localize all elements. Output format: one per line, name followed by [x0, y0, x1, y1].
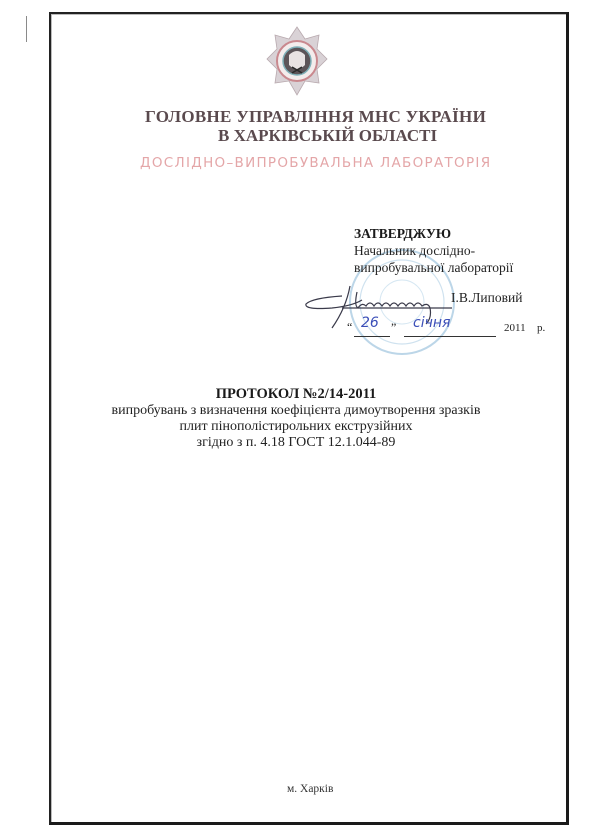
protocol-title: ПРОТОКОЛ №2/14-2011: [0, 386, 592, 403]
protocol-subtitle-line-1: випробувань з визначення коефіцієнта дим…: [0, 403, 592, 419]
scan-edge-mark: [26, 16, 27, 42]
day-underline: [354, 336, 390, 337]
approval-heading: ЗАТВЕРДЖУЮ: [354, 226, 451, 242]
approver-position-line-2: випробувальної лабораторії: [354, 260, 513, 276]
city-footer: м. Харків: [287, 783, 333, 795]
signer-name: І.В.Липовий: [451, 290, 522, 306]
organization-line-1: ГОЛОВНЕ УПРАВЛІННЯ МНС УКРАЇНИ: [145, 107, 475, 127]
approver-position-line-1: Начальник дослідно-: [354, 243, 475, 259]
protocol-subtitle-line-3: згідно з п. 4.18 ГОСТ 12.1.044-89: [0, 435, 592, 451]
month-underline: [404, 336, 496, 337]
date-day: 26: [361, 315, 379, 331]
open-quote: “: [347, 320, 352, 335]
protocol-subtitle-line-2: плит пінополістирольних екструзійних: [0, 419, 592, 435]
organization-line-2: В ХАРКІВСЬКІЙ ОБЛАСТІ: [218, 126, 437, 146]
laboratory-name: ДОСЛІДНО–ВИПРОБУВАЛЬНА ЛАБОРАТОРІЯ: [140, 155, 491, 171]
close-quote: ”: [391, 320, 396, 335]
laboratory-emblem-icon: [265, 25, 329, 97]
year-suffix: р.: [537, 322, 545, 334]
approval-date: “ 26 ” січня 2011 р.: [347, 318, 567, 340]
date-month: січня: [413, 315, 450, 331]
date-year: 2011: [504, 322, 526, 334]
